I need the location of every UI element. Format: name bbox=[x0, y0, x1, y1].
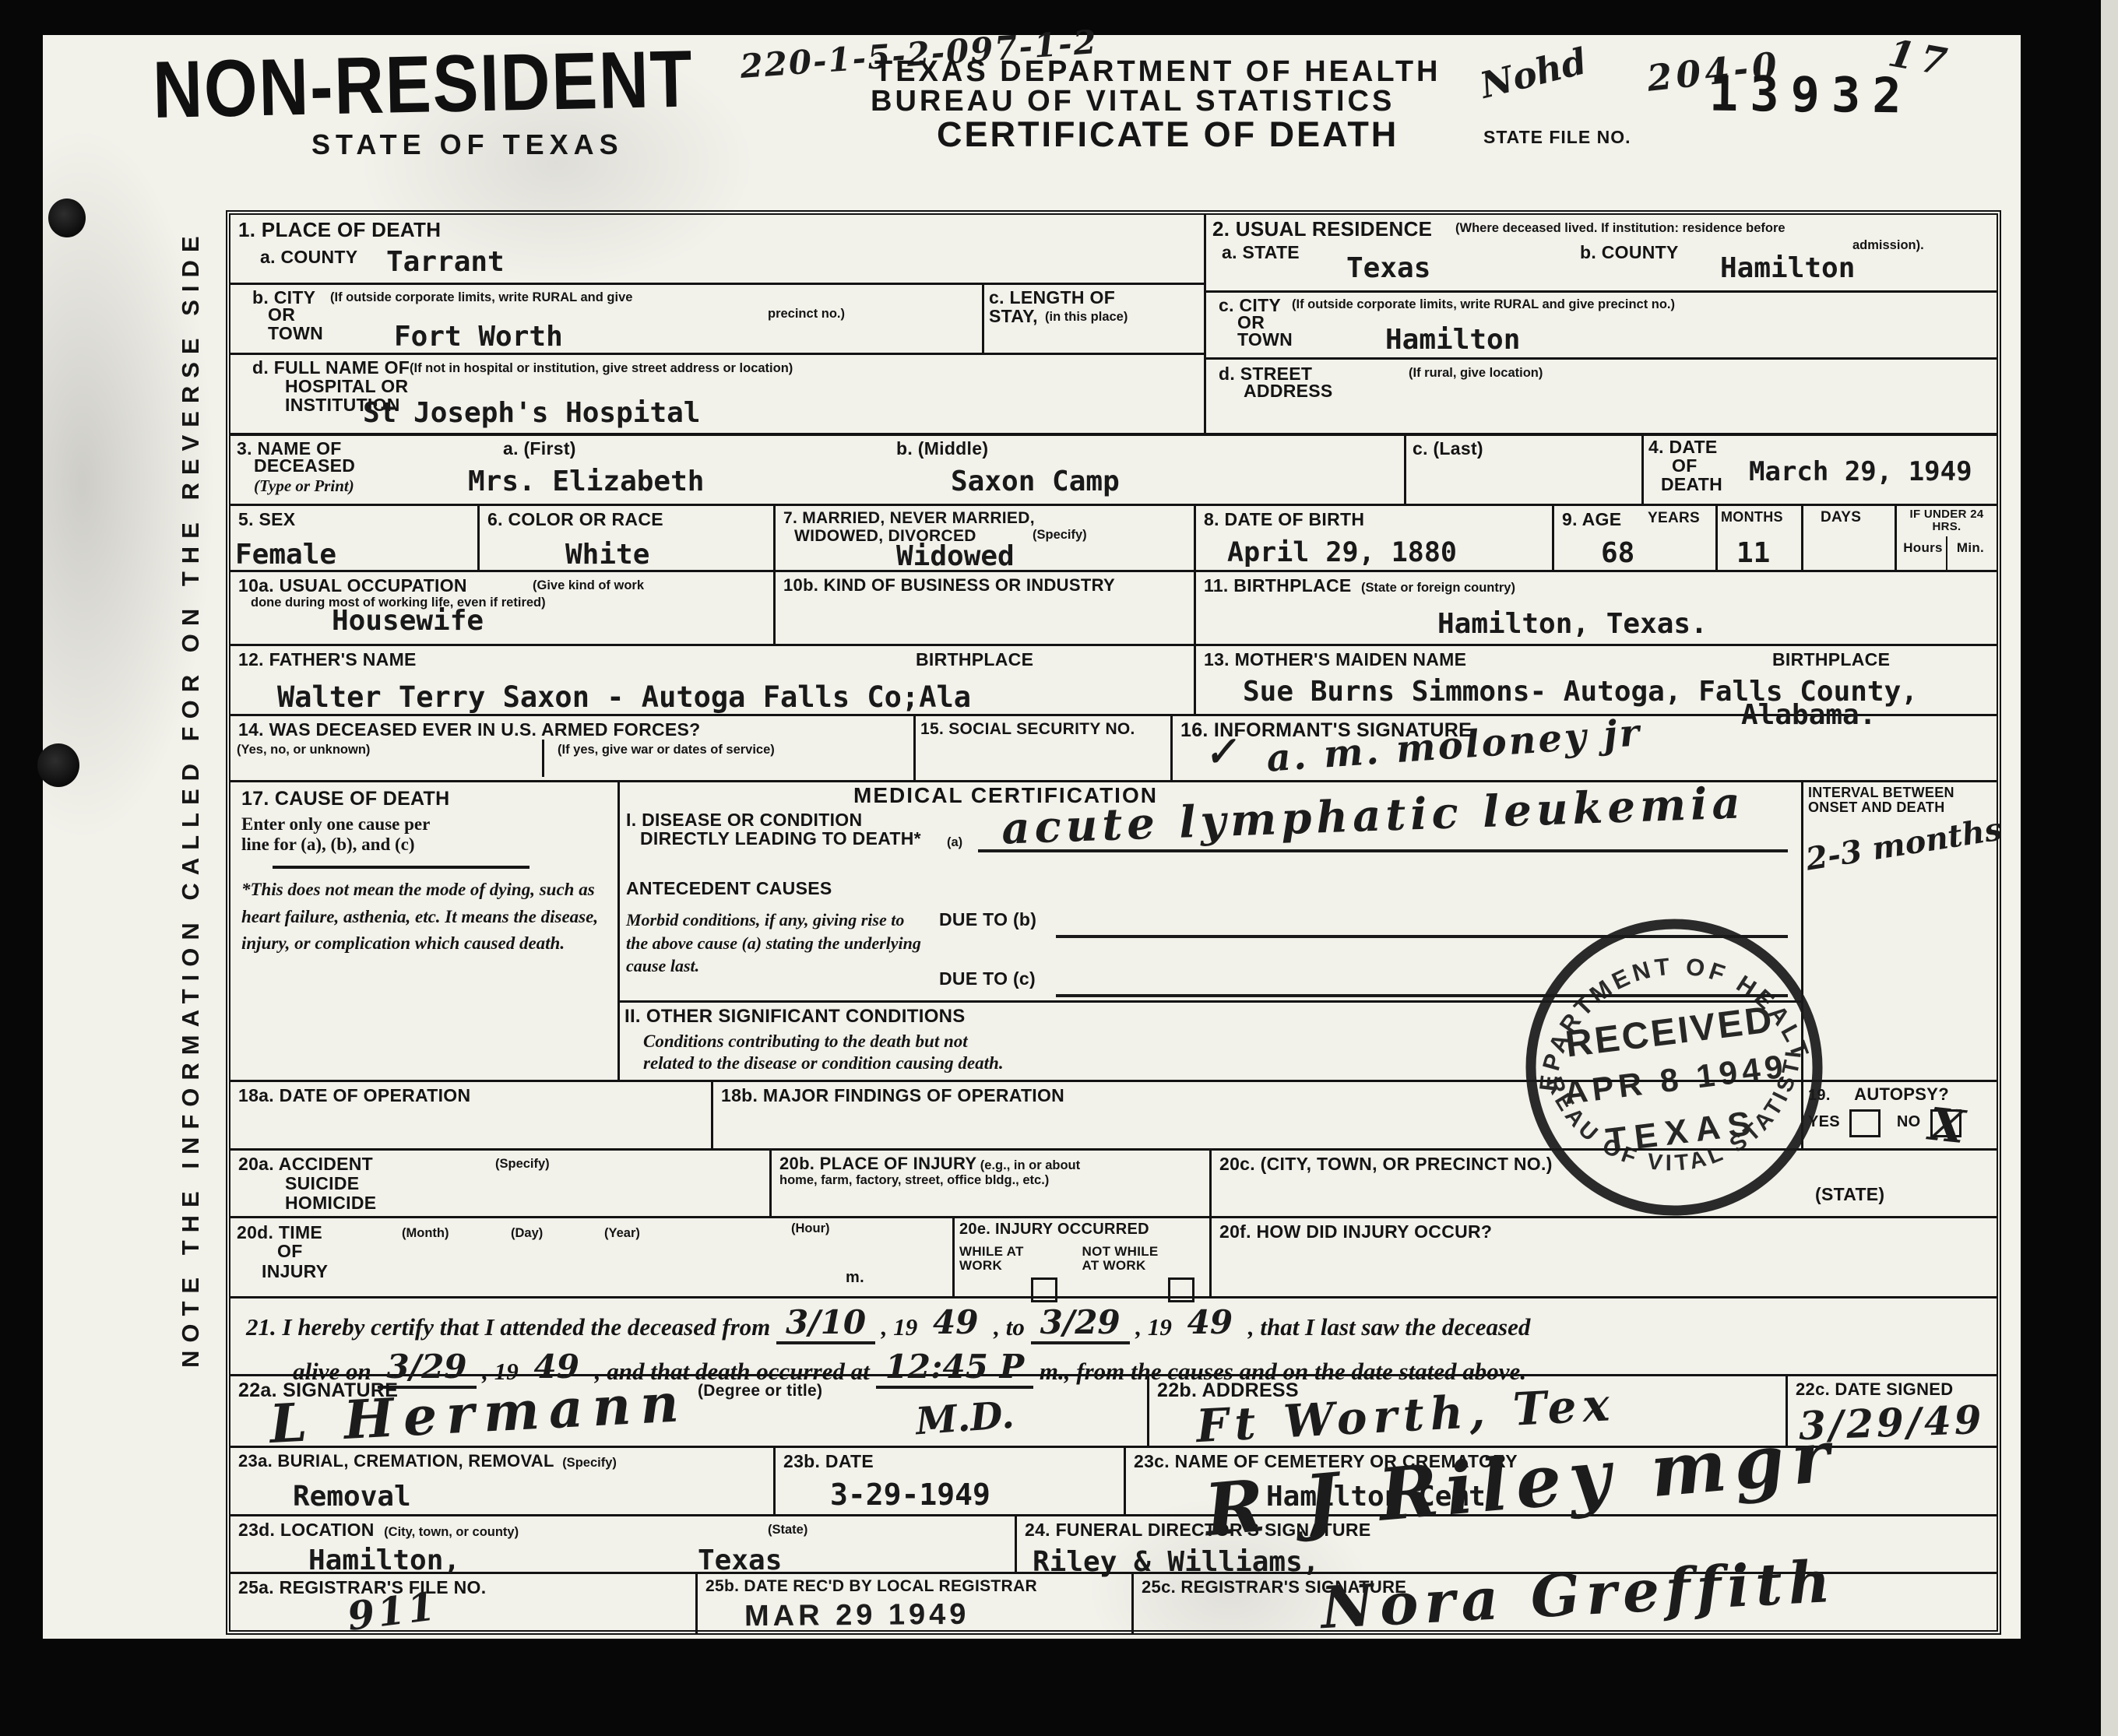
field-8-dob: 8. DATE OF BIRTH April 29, 1880 bbox=[1196, 506, 1554, 570]
date-of-operation-label: 18a. DATE OF OPERATION bbox=[238, 1085, 470, 1105]
residence-city-value: Hamilton bbox=[1385, 324, 1520, 356]
other-conditions-note2: related to the disease or condition caus… bbox=[643, 1053, 1004, 1074]
birthplace-value: Hamilton, Texas. bbox=[1437, 608, 1708, 640]
injury-occurred-label: 20e. INJURY OCCURRED bbox=[959, 1221, 1149, 1238]
section2-title: 2. USUAL RESIDENCE bbox=[1212, 217, 1432, 241]
disease-label2: DIRECTLY LEADING TO DEATH* bbox=[640, 829, 921, 849]
marital-value: Widowed bbox=[896, 540, 1015, 572]
state-of-texas-label: STATE OF TEXAS bbox=[311, 128, 624, 161]
certify-p1: 21. I hereby certify that I attended the… bbox=[246, 1313, 770, 1341]
while-at-label: WHILE AT bbox=[959, 1245, 1082, 1259]
industry-label: 10b. KIND OF BUSINESS OR INDUSTRY bbox=[783, 575, 1115, 595]
funeral-director-typed: Riley & Williams, bbox=[1033, 1546, 1319, 1578]
burial-date-value: 3-29-1949 bbox=[830, 1478, 990, 1512]
residence-county-label: b. COUNTY bbox=[1580, 243, 1679, 262]
location-city-value: Hamilton, bbox=[308, 1544, 460, 1576]
degree-value: M.D. bbox=[914, 1393, 1015, 1444]
county-label: a. COUNTY bbox=[260, 248, 357, 267]
row-occupation: 10a. USUAL OCCUPATION (Give kind of work… bbox=[230, 572, 1997, 646]
field-10b-industry: 10b. KIND OF BUSINESS OR INDUSTRY bbox=[776, 572, 1196, 644]
autopsy-no-label: NO bbox=[1897, 1113, 1921, 1130]
armed-forces-note: (Yes, no, or unknown) bbox=[237, 743, 370, 757]
field-20d-time-of-injury: 20d. TIME OF INJURY (Month) (Day) (Year)… bbox=[230, 1218, 955, 1296]
dod-label2: OF bbox=[1672, 456, 1698, 476]
certificate-title: CERTIFICATE OF DEATH bbox=[937, 114, 1399, 155]
field-10a-occupation: 10a. USUAL OCCUPATION (Give kind of work… bbox=[230, 572, 776, 644]
field-25b-date-recd: 25b. DATE REC'D BY LOCAL REGISTRAR MAR 2… bbox=[698, 1574, 1134, 1635]
field-20c-city-town: 20c. (CITY, TOWN, OR PRECINCT NO.) (STAT… bbox=[1212, 1151, 1997, 1216]
disease-label: I. DISEASE OR CONDITION bbox=[626, 810, 862, 830]
injury-month-label: (Month) bbox=[402, 1226, 449, 1241]
field-18b-major-findings: 18b. MAJOR FINDINGS OF OPERATION bbox=[713, 1082, 1803, 1148]
hospital-label2: HOSPITAL OR bbox=[285, 377, 408, 396]
length-note: (in this place) bbox=[1045, 310, 1128, 325]
certify-to-value: 3/29 bbox=[1031, 1303, 1130, 1344]
injury-city-label: 20c. (CITY, TOWN, OR PRECINCT NO.) bbox=[1219, 1154, 1553, 1174]
section2-note: (Where deceased lived. If institution: r… bbox=[1455, 221, 1786, 236]
field-9-days: DAYS bbox=[1803, 506, 1897, 570]
certify-from-value: 3/10 bbox=[776, 1303, 875, 1344]
certify-p2: , 19 bbox=[881, 1313, 918, 1341]
armed-forces-note2: (If yes, give war or dates of service) bbox=[558, 743, 775, 757]
time-of-injury-label: 20d. TIME bbox=[237, 1223, 322, 1242]
certify-line1: 21. I hereby certify that I attended the… bbox=[246, 1305, 1981, 1346]
middle-name-label: b. (Middle) bbox=[896, 439, 988, 459]
last-name-label: c. (Last) bbox=[1413, 439, 1483, 459]
field-9-age-years: 9. AGE YEARS 68 bbox=[1554, 506, 1718, 570]
injury-day-label: (Day) bbox=[511, 1226, 543, 1241]
cause-note1: Enter only one cause per bbox=[241, 814, 607, 835]
row-certify: 21. I hereby certify that I attended the… bbox=[230, 1298, 1997, 1376]
bureau-title: BUREAU OF VITAL STATISTICS bbox=[871, 85, 1395, 118]
residence-city-town: TOWN bbox=[1237, 330, 1293, 350]
field-1d-hospital: d. FULL NAME OF (If not in hospital or i… bbox=[230, 355, 1204, 431]
field-11-birthplace: 11. BIRTHPLACE (State or foreign country… bbox=[1196, 572, 1997, 644]
cause-divider bbox=[273, 866, 529, 869]
cause-note1b: line for (a), (b), and (c) bbox=[241, 835, 607, 855]
field-interval: INTERVAL BETWEEN ONSET AND DEATH 2-3 mon… bbox=[1803, 782, 1997, 1080]
mother-value2: Alabama. bbox=[1741, 699, 1876, 731]
city-note: (If outside corporate limits, write RURA… bbox=[330, 290, 632, 305]
other-conditions-label: II. OTHER SIGNIFICANT CONDITIONS bbox=[624, 1007, 966, 1027]
field-1a-county: 1. PLACE OF DEATH a. COUNTY Tarrant bbox=[230, 215, 1204, 285]
row-injury-2: 20d. TIME OF INJURY (Month) (Day) (Year)… bbox=[230, 1218, 1997, 1298]
residence-state-label: a. STATE bbox=[1222, 243, 1300, 262]
row-sex-age: 5. SEX Female 6. COLOR OR RACE White 7. … bbox=[230, 506, 1997, 572]
autopsy-no-x-mark: X bbox=[1926, 1097, 1967, 1153]
due-c-underline bbox=[1056, 994, 1788, 997]
field-20f-how-injury: 20f. HOW DID INJURY OCCUR? bbox=[1212, 1218, 1997, 1296]
length-label2: STAY, bbox=[989, 307, 1038, 326]
field-20a-accident: 20a. ACCIDENT (Specify) SUICIDE HOMICIDE bbox=[230, 1151, 772, 1216]
injury-hour-label: (Hour) bbox=[791, 1221, 829, 1236]
non-resident-stamp: NON-RESIDENT bbox=[152, 33, 695, 136]
row-parents: 12. FATHER'S NAME BIRTHPLACE Walter Terr… bbox=[230, 646, 1997, 716]
place-of-injury-label: 20b. PLACE OF INJURY bbox=[779, 1154, 976, 1173]
father-value: Walter Terry Saxon - Autoga Falls Co;Ala bbox=[277, 680, 971, 714]
due-b-underline bbox=[1056, 935, 1788, 938]
dod-label3: DEATH bbox=[1661, 475, 1722, 494]
city-town: TOWN bbox=[268, 324, 323, 343]
name-title2: DECEASED bbox=[254, 456, 355, 476]
residence-county-value: Hamilton bbox=[1720, 252, 1855, 284]
punch-hole-bottom bbox=[37, 743, 79, 787]
row-injury-1: 20a. ACCIDENT (Specify) SUICIDE HOMICIDE… bbox=[230, 1151, 1997, 1218]
injury-year-label: (Year) bbox=[604, 1226, 640, 1241]
cause-label: 17. CAUSE OF DEATH bbox=[241, 789, 607, 810]
street-note: (If rural, give location) bbox=[1409, 366, 1543, 381]
occupation-note: (Give kind of work bbox=[533, 578, 644, 593]
scan-edge-strip bbox=[2101, 0, 2118, 1736]
field-22a-signature: 22a. SIGNATURE (Degree or title) L Herma… bbox=[230, 1376, 1149, 1446]
certify-p5: , that I last saw the deceased bbox=[1248, 1313, 1531, 1341]
dob-value: April 29, 1880 bbox=[1227, 537, 1457, 568]
age-years-label: YEARS bbox=[1648, 511, 1700, 527]
certify-p4: , 19 bbox=[1135, 1313, 1172, 1341]
row-operation: 18a. DATE OF OPERATION 18b. MAJOR FINDIN… bbox=[230, 1082, 1997, 1151]
race-value: White bbox=[565, 539, 649, 571]
field-19-autopsy: 19. AUTOPSY? YES NO X bbox=[1803, 1082, 1997, 1148]
reverse-side-note: NOTE THE INFORMATION CALLED FOR ON THE R… bbox=[177, 239, 205, 1368]
registrar-file-value: 911 bbox=[345, 1583, 441, 1639]
accident-label: 20a. ACCIDENT bbox=[238, 1154, 373, 1174]
certificate-sheet: NON-RESIDENT STATE OF TEXAS 220-1-5-2-09… bbox=[43, 35, 2021, 1639]
injury-state-label: (STATE) bbox=[1815, 1185, 1884, 1204]
time-of-injury-label2: OF bbox=[277, 1242, 303, 1261]
name-type-note: (Type or Print) bbox=[254, 476, 354, 496]
hospital-label: d. FULL NAME OF bbox=[252, 358, 410, 378]
first-name-value: Mrs. Elizabeth bbox=[468, 466, 704, 497]
state-file-number: 13932 bbox=[1709, 65, 1913, 125]
injury-m-label: m. bbox=[846, 1270, 864, 1287]
department-title: TEXAS DEPARTMENT OF HEALTH bbox=[874, 55, 1441, 89]
not-while-label: NOT WHILE bbox=[1082, 1245, 1205, 1259]
autopsy-number: 19. bbox=[1808, 1087, 1831, 1104]
field-9-months: MONTHS 11 bbox=[1718, 506, 1803, 570]
field-18a-date-of-operation: 18a. DATE OF OPERATION bbox=[230, 1082, 713, 1148]
first-name-label: a. (First) bbox=[503, 439, 576, 459]
age-years-value: 68 bbox=[1601, 537, 1634, 569]
field-20b-place-of-injury: 20b. PLACE OF INJURY (e.g., in or about … bbox=[772, 1151, 1212, 1216]
dod-value: March 29, 1949 bbox=[1749, 456, 1972, 487]
field-23a-burial: 23a. BURIAL, CREMATION, REMOVAL (Specify… bbox=[230, 1448, 776, 1514]
autopsy-yes-label: YES bbox=[1808, 1113, 1840, 1130]
occupation-label: 10a. USUAL OCCUPATION bbox=[238, 575, 467, 596]
burial-value: Removal bbox=[293, 1481, 411, 1513]
how-injury-label: 20f. HOW DID INJURY OCCUR? bbox=[1219, 1221, 1492, 1242]
length-label: c. LENGTH OF bbox=[989, 288, 1115, 307]
field-9-under24: IF UNDER 24 HRS. Hours Min. bbox=[1897, 506, 1997, 570]
field-1bc: b. CITY (If outside corporate limits, wr… bbox=[230, 285, 1204, 355]
certify-year1-value: 49 bbox=[924, 1303, 987, 1341]
row-place-residence: 1. PLACE OF DEATH a. COUNTY Tarrant b. C… bbox=[230, 215, 1997, 436]
date-recd-stamp: MAR 29 1949 bbox=[744, 1598, 970, 1634]
age-months-label: MONTHS bbox=[1721, 509, 1783, 525]
punch-hole-top bbox=[48, 199, 86, 237]
armed-forces-divider bbox=[542, 740, 544, 777]
field-6-race: 6. COLOR OR RACE White bbox=[480, 506, 776, 570]
field-3-name: 3. NAME OF DECEASED (Type or Print) a. (… bbox=[230, 436, 1406, 504]
major-findings-label: 18b. MAJOR FINDINGS OF OPERATION bbox=[721, 1085, 1064, 1105]
under24-min-label: Min. bbox=[1947, 536, 1993, 572]
city-value: Fort Worth bbox=[394, 321, 563, 353]
location-label: 23d. LOCATION bbox=[238, 1520, 375, 1540]
state-file-no-label: STATE FILE NO. bbox=[1483, 127, 1631, 148]
informant-checkmark: ✓ bbox=[1202, 727, 1239, 775]
age-label: 9. AGE bbox=[1562, 509, 1621, 529]
place-of-injury-note2: home, farm, factory, street, office bldg… bbox=[779, 1173, 1049, 1187]
location-note: (City, town, or county) bbox=[384, 1525, 519, 1539]
usual-residence-block: 2. USUAL RESIDENCE (Where deceased lived… bbox=[1204, 215, 1997, 433]
place-of-death-block: 1. PLACE OF DEATH a. COUNTY Tarrant b. C… bbox=[230, 215, 1204, 433]
row-armed-informant: 14. WAS DECEASED EVER IN U.S. ARMED FORC… bbox=[230, 716, 1997, 782]
interval-label2: ONSET AND DEATH bbox=[1808, 800, 1992, 815]
middle-name-value: Saxon Camp bbox=[951, 466, 1120, 497]
section2-note2: admission). bbox=[1852, 238, 1924, 253]
medical-certification-block: MEDICAL CERTIFICATION I. DISEASE OR COND… bbox=[620, 782, 1803, 1080]
location-state-note: (State) bbox=[768, 1523, 807, 1537]
while-at-label2: WORK bbox=[959, 1259, 1082, 1273]
row-name: 3. NAME OF DECEASED (Type or Print) a. (… bbox=[230, 436, 1997, 506]
burial-note: (Specify) bbox=[562, 1456, 617, 1470]
race-label: 6. COLOR OR RACE bbox=[487, 509, 663, 529]
age-days-label: DAYS bbox=[1821, 509, 1861, 525]
field-2c-city: c. CITY (If outside corporate limits, wr… bbox=[1206, 293, 1997, 360]
field-23d-location: 23d. LOCATION (City, town, or county) (S… bbox=[230, 1516, 1017, 1572]
field-25a-registrar-file: 25a. REGISTRAR'S FILE NO. 911 bbox=[230, 1574, 698, 1635]
location-state-value: Texas bbox=[698, 1544, 782, 1576]
county-value: Tarrant bbox=[386, 246, 505, 278]
birthplace-label: 11. BIRTHPLACE bbox=[1204, 575, 1352, 596]
interval-value: 2-3 months bbox=[1803, 810, 2005, 877]
street-label2: ADDRESS bbox=[1244, 381, 1333, 401]
mother-birthplace-label: BIRTHPLACE bbox=[1772, 650, 1890, 669]
field-13-mother: 13. MOTHER'S MAIDEN NAME BIRTHPLACE Sue … bbox=[1196, 646, 1997, 714]
field-23b-burial-date: 23b. DATE 3-29-1949 bbox=[776, 1448, 1126, 1514]
hospital-note: (If not in hospital or institution, give… bbox=[410, 361, 793, 376]
father-birthplace-label: BIRTHPLACE bbox=[916, 650, 1033, 669]
interval-label: INTERVAL BETWEEN bbox=[1808, 785, 1992, 800]
certify-year2-value: 49 bbox=[1178, 1303, 1242, 1341]
city-note2: precinct no.) bbox=[768, 307, 845, 322]
disease-sub-label: (a) bbox=[947, 835, 962, 850]
hospital-value: St Joseph's Hospital bbox=[363, 397, 700, 429]
dod-label: 4. DATE bbox=[1648, 438, 1718, 457]
field-2d-street: d. STREET ADDRESS (If rural, give locati… bbox=[1206, 360, 1997, 434]
field-14-armed-forces: 14. WAS DECEASED EVER IN U.S. ARMED FORC… bbox=[230, 716, 916, 780]
field-7-marital: 7. MARRIED, NEVER MARRIED, WIDOWED, DIVO… bbox=[776, 506, 1196, 570]
morbid-note: Morbid conditions, if any, giving rise t… bbox=[626, 908, 930, 978]
field-20e-injury-occurred: 20e. INJURY OCCURRED WHILE AT WORK NOT W… bbox=[955, 1218, 1212, 1296]
not-while-label2: AT WORK bbox=[1082, 1259, 1205, 1273]
antecedent-label: ANTECEDENT CAUSES bbox=[626, 879, 832, 898]
autopsy-yes-checkbox bbox=[1849, 1109, 1881, 1137]
degree-label: (Degree or title) bbox=[698, 1383, 822, 1400]
other-conditions-divider bbox=[620, 1000, 1801, 1003]
field-3c-last: c. (Last) bbox=[1406, 436, 1644, 504]
date-recd-label: 25b. DATE REC'D BY LOCAL REGISTRAR bbox=[705, 1577, 1037, 1595]
father-label: 12. FATHER'S NAME bbox=[238, 649, 417, 669]
age-months-value: 11 bbox=[1736, 537, 1770, 569]
accident-note: (Specify) bbox=[495, 1157, 550, 1172]
section1-title: 1. PLACE OF DEATH bbox=[238, 218, 441, 241]
marital-label: 7. MARRIED, NEVER MARRIED, bbox=[783, 509, 1035, 527]
cause-note2: *This does not mean the mode of dying, s… bbox=[241, 877, 607, 958]
sex-value: Female bbox=[235, 539, 336, 571]
field-1c-length-of-stay: c. LENGTH OF STAY, (in this place) bbox=[984, 285, 1204, 353]
field-5-sex: 5. SEX Female bbox=[230, 506, 480, 570]
birthplace-note: (State or foreign country) bbox=[1361, 581, 1515, 595]
other-conditions-note: Conditions contributing to the death but… bbox=[643, 1031, 968, 1052]
time-of-injury-label3: INJURY bbox=[262, 1262, 328, 1281]
city-or: OR bbox=[268, 305, 295, 325]
due-b-label: DUE TO (b) bbox=[939, 910, 1036, 929]
residence-city-note: (If outside corporate limits, write RURA… bbox=[1292, 297, 1675, 312]
under24-label: IF UNDER 24 HRS. bbox=[1900, 508, 1993, 533]
due-c-label: DUE TO (c) bbox=[939, 969, 1036, 989]
ssn-label: 15. SOCIAL SECURITY NO. bbox=[920, 720, 1135, 738]
certify-p3: , to bbox=[994, 1313, 1025, 1341]
suicide-label: SUICIDE bbox=[285, 1173, 359, 1193]
marital-note: (Specify) bbox=[1033, 528, 1087, 543]
death-certificate-form: 1. PLACE OF DEATH a. COUNTY Tarrant b. C… bbox=[226, 210, 2001, 1635]
field-15-ssn: 15. SOCIAL SECURITY NO. bbox=[916, 716, 1173, 780]
field-1b-city: b. CITY (If outside corporate limits, wr… bbox=[230, 285, 984, 353]
field-2ab: 2. USUAL RESIDENCE (Where deceased lived… bbox=[1206, 215, 1997, 293]
field-12-father: 12. FATHER'S NAME BIRTHPLACE Walter Terr… bbox=[230, 646, 1196, 714]
handwritten-scribble: Nohd bbox=[1476, 40, 1591, 107]
mother-label: 13. MOTHER'S MAIDEN NAME bbox=[1204, 649, 1466, 669]
burial-date-label: 23b. DATE bbox=[783, 1451, 874, 1471]
armed-forces-label: 14. WAS DECEASED EVER IN U.S. ARMED FORC… bbox=[238, 719, 701, 740]
field-4-date-of-death: 4. DATE OF DEATH March 29, 1949 bbox=[1644, 436, 1997, 504]
residence-state-value: Texas bbox=[1346, 252, 1430, 284]
place-of-injury-note: (e.g., in or about bbox=[980, 1158, 1080, 1172]
homicide-label: HOMICIDE bbox=[285, 1193, 376, 1213]
date-signed-label: 22c. DATE SIGNED bbox=[1796, 1379, 1953, 1399]
under24-hours-label: Hours bbox=[1900, 536, 1947, 572]
sex-label: 5. SEX bbox=[238, 509, 295, 529]
row-cause-of-death: 17. CAUSE OF DEATH Enter only one cause … bbox=[230, 782, 1997, 1082]
field-17-cause-notes: 17. CAUSE OF DEATH Enter only one cause … bbox=[230, 782, 620, 1080]
dob-label: 8. DATE OF BIRTH bbox=[1204, 509, 1364, 529]
occupation-value: Housewife bbox=[332, 605, 484, 637]
autopsy-no-checkbox: X bbox=[1930, 1109, 1961, 1137]
